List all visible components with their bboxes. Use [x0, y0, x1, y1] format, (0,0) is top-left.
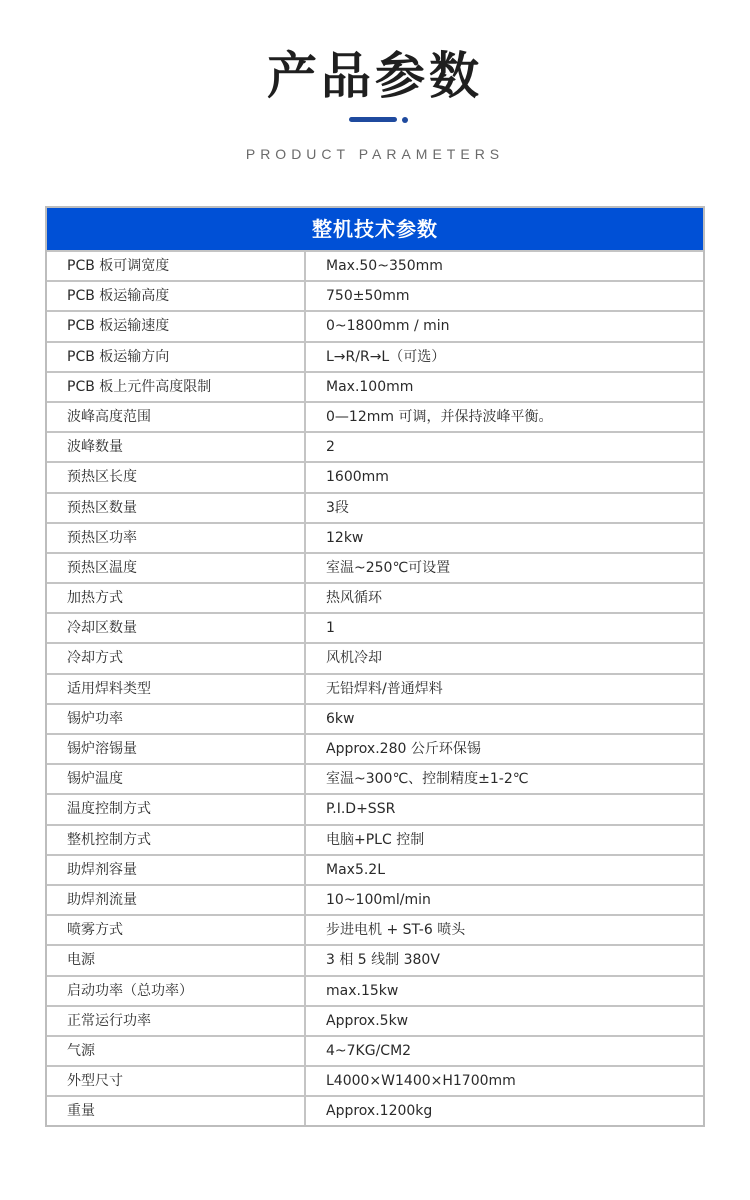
table-row: 整机控制方式 电脑+PLC 控制: [47, 824, 703, 854]
table-row: 预热区功率 12kw: [47, 522, 703, 552]
row-label: 波峰高度范围: [47, 403, 306, 431]
table-row: 预热区温度 室温~250℃可设置: [47, 552, 703, 582]
table-row: 波峰高度范围 0—12mm 可调，并保持波峰平衡。: [47, 401, 703, 431]
row-label: PCB 板运输速度: [47, 312, 306, 340]
row-value: 3段: [306, 494, 703, 522]
row-value: 风机冷却: [306, 644, 703, 672]
row-label: PCB 板上元件高度限制: [47, 373, 306, 401]
row-label: 启动功率（总功率）: [47, 977, 306, 1005]
row-label: PCB 板运输方向: [47, 343, 306, 371]
decoration-bar: [349, 117, 397, 122]
row-label: 适用焊料类型: [47, 675, 306, 703]
table-row: PCB 板运输方向 L→R/R→L（可选）: [47, 341, 703, 371]
table-row: 锡炉功率 6kw: [47, 703, 703, 733]
row-value: 10~100ml/min: [306, 886, 703, 914]
row-label: 喷雾方式: [47, 916, 306, 944]
row-label: PCB 板运输高度: [47, 282, 306, 310]
row-label: 气源: [47, 1037, 306, 1065]
page-subtitle: PRODUCT PARAMETERS: [0, 146, 750, 162]
row-value: P.I.D+SSR: [306, 795, 703, 823]
table-row: PCB 板可调宽度 Max.50~350mm: [47, 250, 703, 280]
table-row: 加热方式 热风循环: [47, 582, 703, 612]
table-row: 正常运行功率 Approx.5kw: [47, 1005, 703, 1035]
row-label: 加热方式: [47, 584, 306, 612]
row-value: 3 相 5 线制 380V: [306, 946, 703, 974]
row-label: 温度控制方式: [47, 795, 306, 823]
row-value: Approx.280 公斤环保锡: [306, 735, 703, 763]
row-label: 波峰数量: [47, 433, 306, 461]
row-label: 锡炉溶锡量: [47, 735, 306, 763]
row-label: 锡炉温度: [47, 765, 306, 793]
row-value: 热风循环: [306, 584, 703, 612]
table-row: 冷却区数量 1: [47, 612, 703, 642]
row-label: 电源: [47, 946, 306, 974]
row-value: 步进电机 + ST-6 喷头: [306, 916, 703, 944]
row-value: Approx.1200kg: [306, 1097, 703, 1125]
row-label: 助焊剂容量: [47, 856, 306, 884]
row-value: 0—12mm 可调，并保持波峰平衡。: [306, 403, 703, 431]
table-row: 喷雾方式 步进电机 + ST-6 喷头: [47, 914, 703, 944]
spec-table-header: 整机技术参数: [47, 208, 703, 250]
spec-table-body: PCB 板可调宽度 Max.50~350mm PCB 板运输高度 750±50m…: [47, 250, 703, 1125]
table-row: 适用焊料类型 无铅焊料/普通焊料: [47, 673, 703, 703]
table-row: 预热区数量 3段: [47, 492, 703, 522]
row-label: 冷却区数量: [47, 614, 306, 642]
row-label: 冷却方式: [47, 644, 306, 672]
row-label: 锡炉功率: [47, 705, 306, 733]
row-label: 预热区功率: [47, 524, 306, 552]
table-row: 助焊剂流量 10~100ml/min: [47, 884, 703, 914]
row-label: PCB 板可调宽度: [47, 252, 306, 280]
row-value: 1600mm: [306, 463, 703, 491]
row-label: 重量: [47, 1097, 306, 1125]
row-value: 4~7KG/CM2: [306, 1037, 703, 1065]
table-row: 气源 4~7KG/CM2: [47, 1035, 703, 1065]
row-value: 750±50mm: [306, 282, 703, 310]
row-value: Max5.2L: [306, 856, 703, 884]
row-value: Max.50~350mm: [306, 252, 703, 280]
row-label: 预热区数量: [47, 494, 306, 522]
row-value: max.15kw: [306, 977, 703, 1005]
row-value: 12kw: [306, 524, 703, 552]
row-value: L→R/R→L（可选）: [306, 343, 703, 371]
row-value: Approx.5kw: [306, 1007, 703, 1035]
title-decoration: [0, 117, 750, 123]
table-row: 冷却方式 风机冷却: [47, 642, 703, 672]
page-title: 产品参数: [0, 44, 750, 108]
table-row: 预热区长度 1600mm: [47, 461, 703, 491]
table-row: 电源 3 相 5 线制 380V: [47, 944, 703, 974]
row-value: 6kw: [306, 705, 703, 733]
table-row: 锡炉温度 室温~300℃、控制精度±1-2℃: [47, 763, 703, 793]
row-label: 正常运行功率: [47, 1007, 306, 1035]
row-label: 整机控制方式: [47, 826, 306, 854]
table-row: PCB 板上元件高度限制 Max.100mm: [47, 371, 703, 401]
row-value: 室温~300℃、控制精度±1-2℃: [306, 765, 703, 793]
spec-table: 整机技术参数 PCB 板可调宽度 Max.50~350mm PCB 板运输高度 …: [45, 206, 705, 1127]
row-value: 0~1800mm / min: [306, 312, 703, 340]
row-label: 预热区长度: [47, 463, 306, 491]
row-value: L4000×W1400×H1700mm: [306, 1067, 703, 1095]
table-row: 助焊剂容量 Max5.2L: [47, 854, 703, 884]
table-row: 波峰数量 2: [47, 431, 703, 461]
row-value: 电脑+PLC 控制: [306, 826, 703, 854]
decoration-dot: [402, 117, 408, 123]
row-label: 助焊剂流量: [47, 886, 306, 914]
table-row: PCB 板运输高度 750±50mm: [47, 280, 703, 310]
table-row: 重量 Approx.1200kg: [47, 1095, 703, 1125]
row-value: 室温~250℃可设置: [306, 554, 703, 582]
row-label: 外型尺寸: [47, 1067, 306, 1095]
table-row: PCB 板运输速度 0~1800mm / min: [47, 310, 703, 340]
row-value: Max.100mm: [306, 373, 703, 401]
table-row: 温度控制方式 P.I.D+SSR: [47, 793, 703, 823]
table-row: 外型尺寸 L4000×W1400×H1700mm: [47, 1065, 703, 1095]
row-value: 1: [306, 614, 703, 642]
table-row: 锡炉溶锡量 Approx.280 公斤环保锡: [47, 733, 703, 763]
row-value: 2: [306, 433, 703, 461]
table-row: 启动功率（总功率） max.15kw: [47, 975, 703, 1005]
row-value: 无铅焊料/普通焊料: [306, 675, 703, 703]
row-label: 预热区温度: [47, 554, 306, 582]
